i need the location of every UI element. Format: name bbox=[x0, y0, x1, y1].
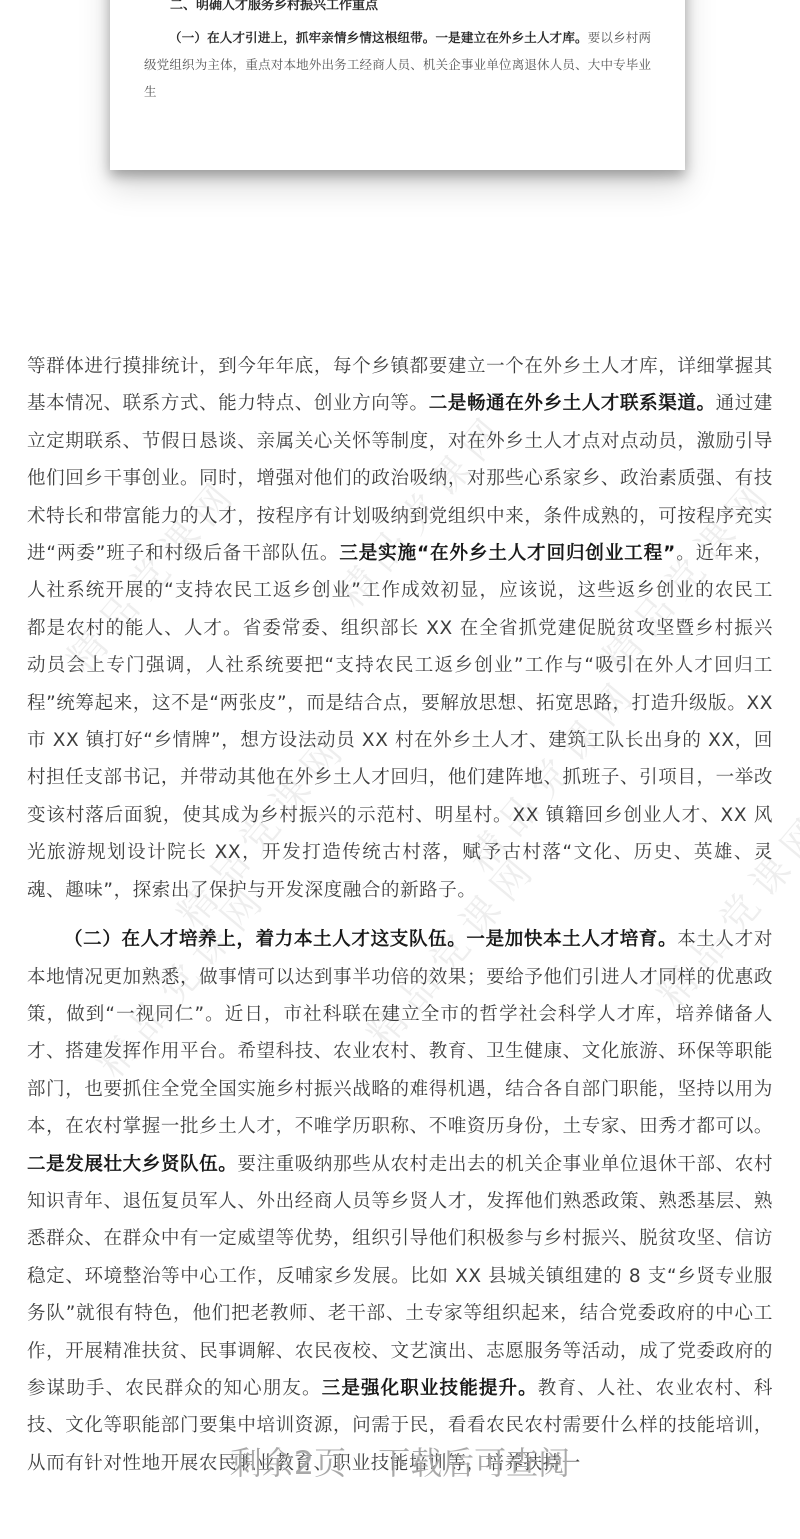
page-preview-content: 二、明确人才服务乡村振兴工作重点 （一）在人才引进上，抓牢亲情乡情这根纽带。一是… bbox=[144, 0, 651, 105]
preview-paragraph: （一）在人才引进上，抓牢亲情乡情这根纽带。一是建立在外乡土人才库。要以乡村两级党… bbox=[144, 24, 651, 105]
page-preview-card: 二、明确人才服务乡村振兴工作重点 （一）在人才引进上，抓牢亲情乡情这根纽带。一是… bbox=[110, 0, 685, 170]
text-segment: 。近年来，人社系统开展的“支持农民工返乡创业”工作成效初显，应该说，这些返乡创业… bbox=[27, 543, 773, 901]
paragraph: 等群体进行摸排统计，到今年年底，每个乡镇都要建立一个在外乡土人才库，详细掌握其基… bbox=[27, 348, 773, 909]
section-heading: 二、明确人才服务乡村振兴工作重点 bbox=[144, 0, 651, 19]
text-segment: 通过建立定期联系、节假日恳谈、亲属关心关怀等制度，对在外乡土人才点对点动员，激励… bbox=[27, 393, 773, 564]
text-segment-bold: （二）在人才培养上，着力本土人才这支队伍。一是加快本土人才培育。 bbox=[64, 929, 677, 950]
download-hint-label: 下载后可查阅 bbox=[378, 1444, 570, 1482]
text-segment-bold: 二是畅通在外乡土人才联系渠道。 bbox=[429, 393, 716, 414]
text-segment: 要注重吸纳那些从农村走出去的机关企事业单位退休干部、农村知识青年、退伍复员军人、… bbox=[27, 1154, 773, 1399]
document-preview-page: { "colors": { "page_bg": "#ffffff", "bod… bbox=[0, 0, 800, 1539]
text-segment: 本土人才对本地情况更加熟悉，做事情可以达到事半功倍的效果；要给予他们引进人才同样… bbox=[27, 929, 773, 1137]
remaining-pages-label: 剩余2页 bbox=[230, 1444, 346, 1482]
pages-remaining-notice: 剩余2页下载后可查阅 bbox=[0, 1438, 800, 1484]
document-text: 等群体进行摸排统计，到今年年底，每个乡镇都要建立一个在外乡土人才库，详细掌握其基… bbox=[27, 348, 773, 1482]
text-segment-bold: 二是发展壮大乡贤队伍。 bbox=[27, 1154, 237, 1175]
text-segment-bold: 三是实施“在外乡土人才回归创业工程” bbox=[339, 543, 676, 564]
text-segment-bold: 三是强化职业技能提升。 bbox=[322, 1378, 538, 1399]
paragraph: （二）在人才培养上，着力本土人才这支队伍。一是加快本土人才培育。本土人才对本地情… bbox=[27, 921, 773, 1482]
preview-paragraph-bold-lead: （一）在人才引进上，抓牢亲情乡情这根纽带。一是建立在外乡土人才库。 bbox=[169, 30, 588, 45]
